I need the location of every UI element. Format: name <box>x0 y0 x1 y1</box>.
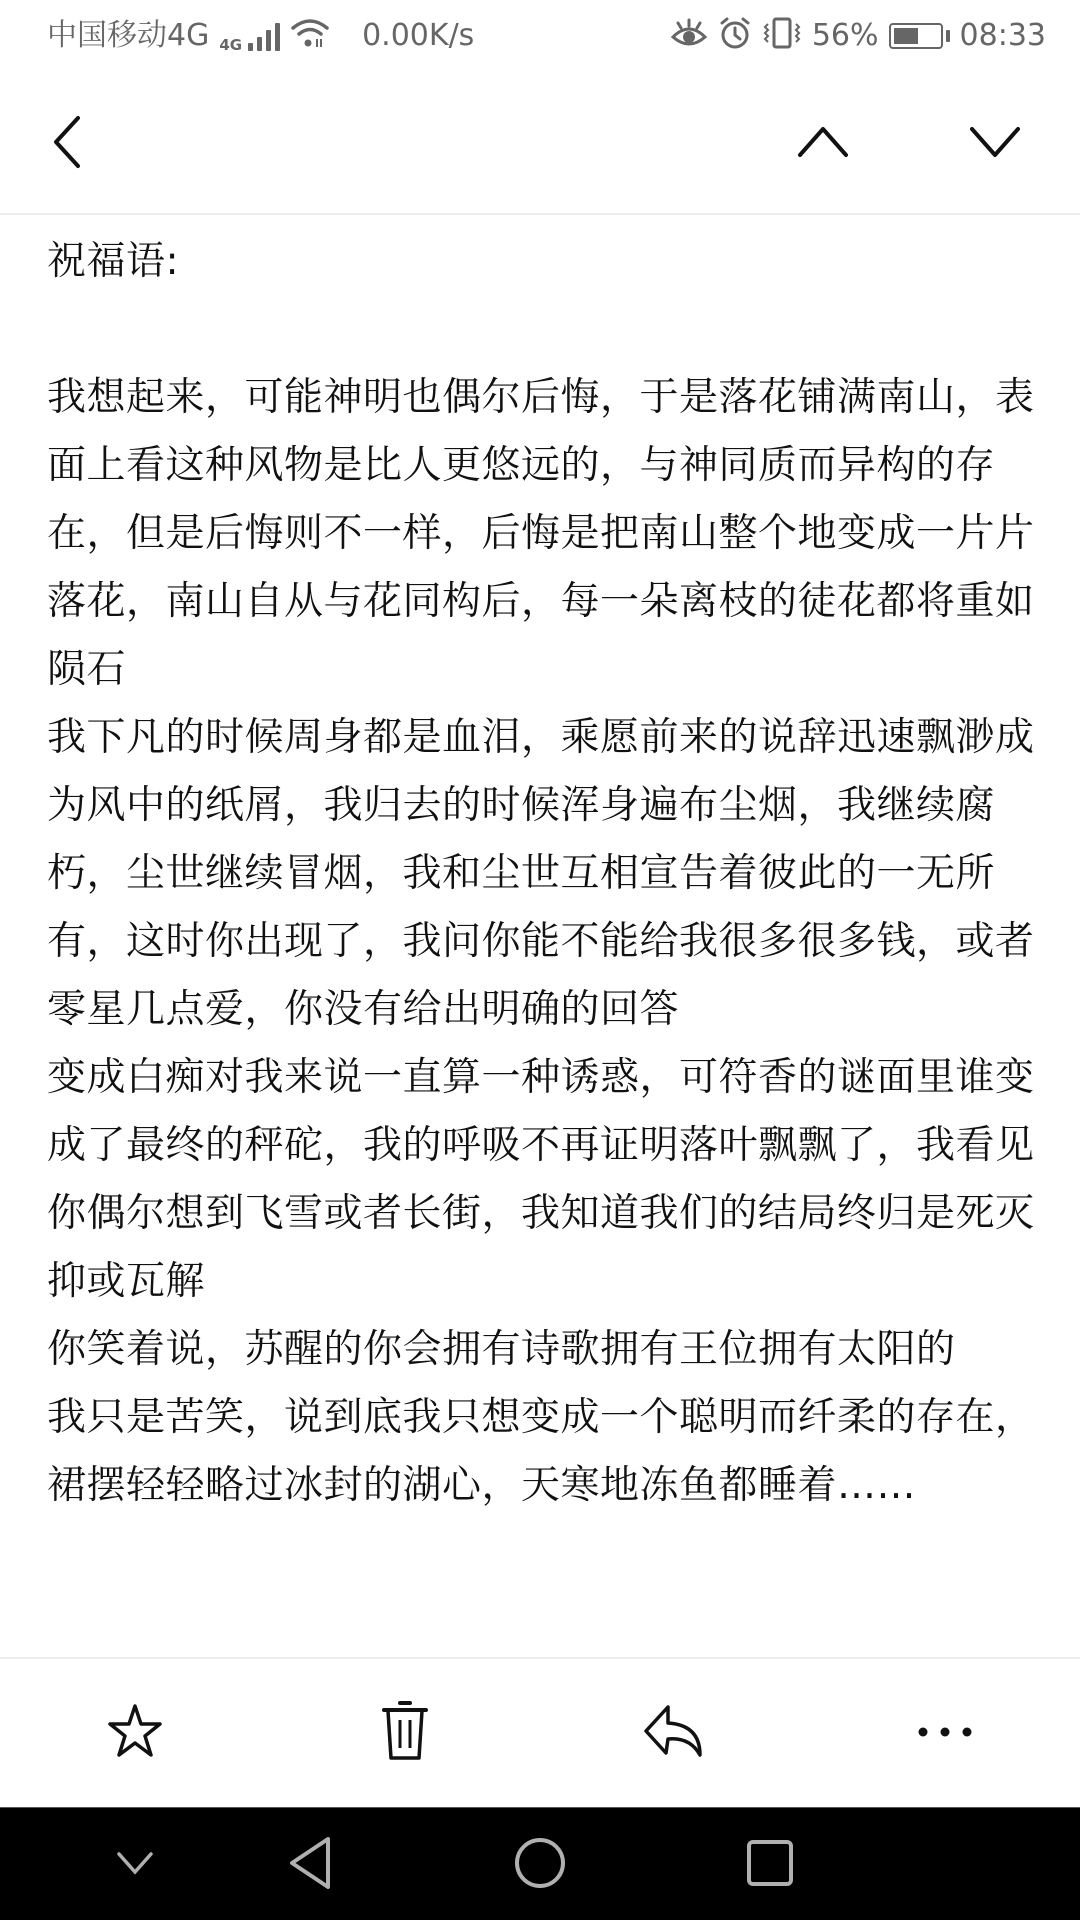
mail-header <box>0 72 1080 215</box>
trash-icon <box>380 1700 430 1766</box>
status-right: 56% 08:33 <box>670 16 1046 56</box>
mail-paragraph: 我只是苦笑，说到底我只想变成一个聪明而纤柔的存在，裙摆轻轻略过冰封的湖心，天寒地… <box>47 1384 1046 1520</box>
delete-button[interactable] <box>270 1659 540 1807</box>
carrier-label: 中国移动4G <box>47 21 209 51</box>
recents-square-icon <box>745 1838 795 1892</box>
star-icon <box>105 1701 165 1765</box>
chevron-left-icon <box>50 115 84 173</box>
vibrate-icon <box>762 16 802 56</box>
reply-icon <box>642 1703 708 1763</box>
alarm-icon <box>718 16 752 56</box>
clock-time: 08:33 <box>960 21 1046 51</box>
network-type-badge: 4G <box>219 38 242 53</box>
more-horizontal-icon <box>917 1724 973 1743</box>
network-speed: 0.00K/s <box>362 21 474 51</box>
mail-paragraph: 你笑着说，苏醒的你会拥有诗歌拥有王位拥有太阳的 <box>47 1316 1046 1384</box>
mail-content-scroll[interactable]: 祝福语: 我想起来，可能神明也偶尔后悔，于是落花铺满南山，表面上看这种风物是比人… <box>0 217 1080 1657</box>
mail-body: 祝福语: 我想起来，可能神明也偶尔后悔，于是落花铺满南山，表面上看这种风物是比人… <box>0 217 1080 1520</box>
previous-mail-button[interactable] <box>768 72 878 215</box>
chevron-down-icon <box>968 125 1022 163</box>
chevron-up-icon <box>796 125 850 163</box>
signal-icon <box>248 21 280 51</box>
home-circle-icon <box>513 1836 567 1894</box>
next-mail-button[interactable] <box>940 72 1050 215</box>
mail-paragraph: 变成白痴对我来说一直算一种诱惑，可符香的谜面里谁变成了最终的秤砣，我的呼吸不再证… <box>47 1044 1046 1316</box>
reply-button[interactable] <box>540 1659 810 1807</box>
back-triangle-icon <box>288 1836 332 1894</box>
more-button[interactable] <box>810 1659 1080 1807</box>
status-left: 中国移动4G 4G 0.00K/s <box>47 18 474 54</box>
mail-action-toolbar <box>0 1657 1080 1807</box>
battery-percent: 56% <box>812 21 879 51</box>
mail-paragraph: 我下凡的时候周身都是血泪，乘愿前来的说辞迅速飘渺成为风中的纸屑，我归去的时候浑身… <box>47 704 1046 1044</box>
back-button[interactable] <box>12 72 122 215</box>
eye-comfort-icon <box>670 17 708 55</box>
system-back-button[interactable] <box>250 1808 370 1920</box>
hide-nav-button[interactable] <box>75 1808 195 1920</box>
mail-greeting: 祝福语: <box>47 228 1046 296</box>
star-button[interactable] <box>0 1659 270 1807</box>
system-home-button[interactable] <box>480 1808 600 1920</box>
battery-icon <box>889 23 950 49</box>
status-bar: 中国移动4G 4G 0.00K/s <box>0 0 1080 72</box>
system-navigation-bar <box>0 1807 1080 1920</box>
hide-nav-icon <box>115 1850 155 1880</box>
system-recents-button[interactable] <box>710 1808 830 1920</box>
wifi-icon <box>290 18 330 54</box>
mail-paragraph: 我想起来，可能神明也偶尔后悔，于是落花铺满南山，表面上看这种风物是比人更悠远的，… <box>47 364 1046 704</box>
